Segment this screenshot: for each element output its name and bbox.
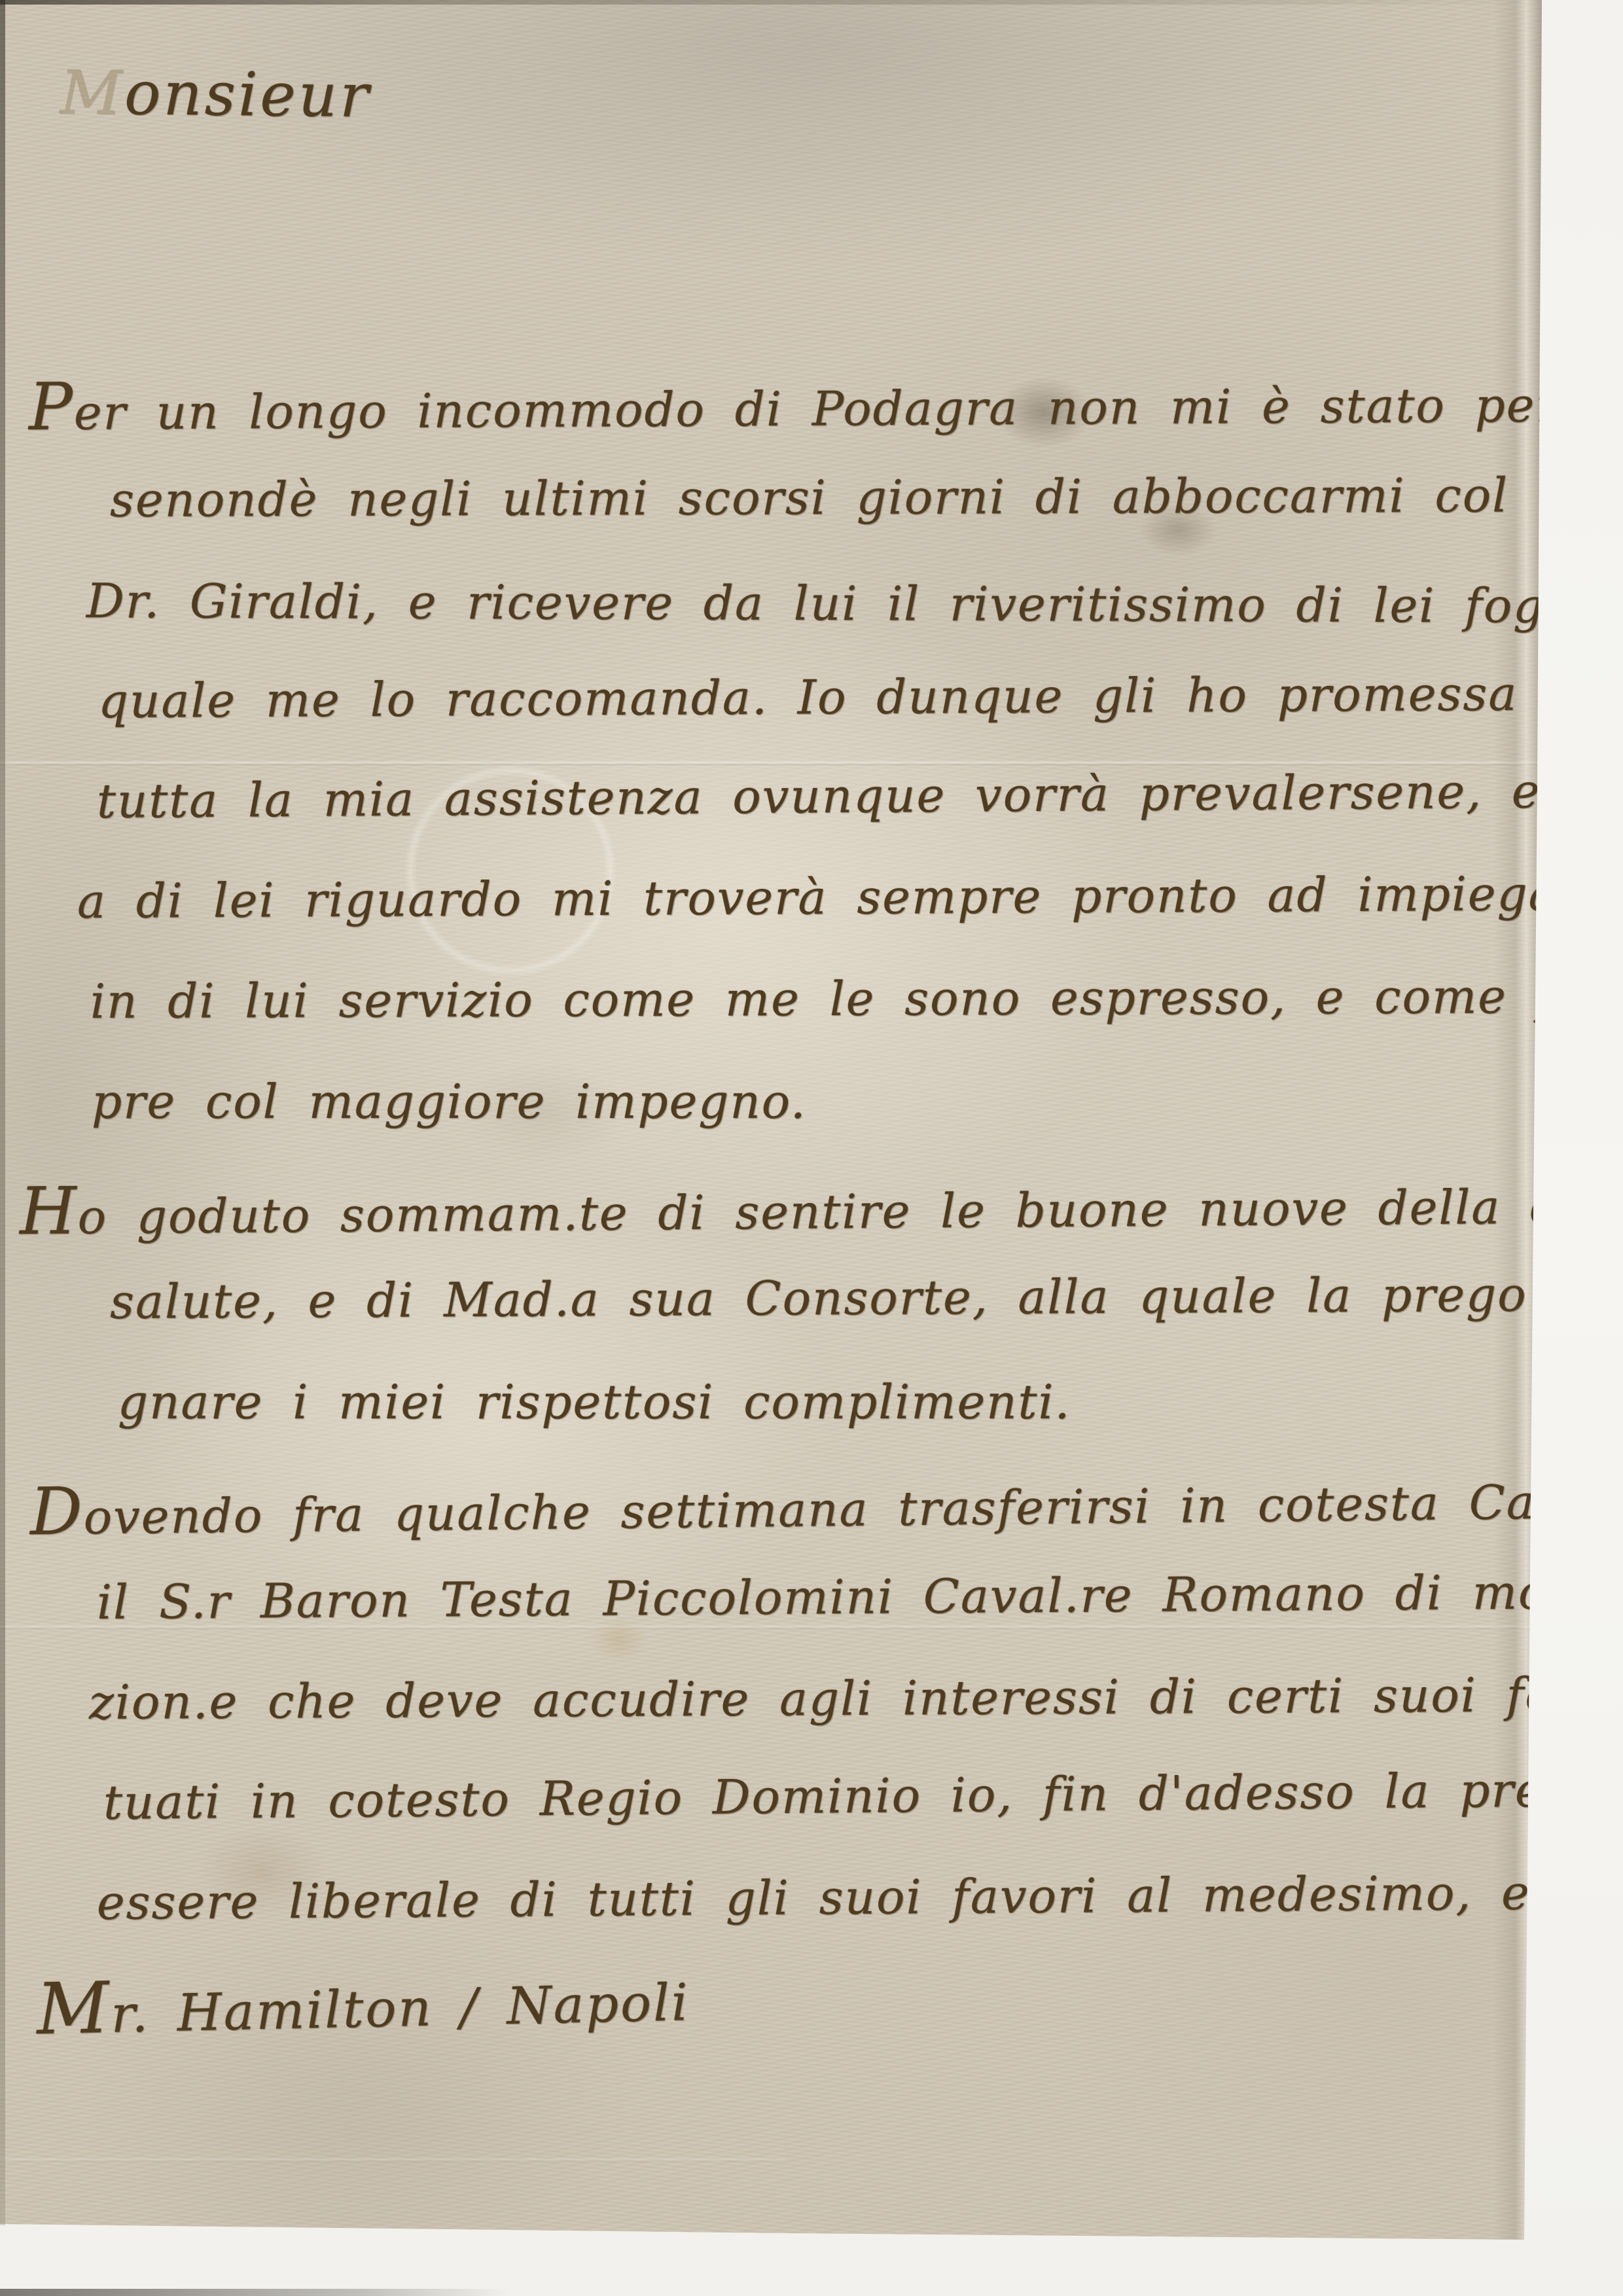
letter-line: senondè negli ultimi scorsi giorni di ab… [110,467,1623,528]
letter-line: essere liberale di tutti gli suoi favori… [97,1864,1623,1930]
letter-line: quale me lo raccomanda. Io dunque gli ho… [98,666,1518,728]
letter-line: pre col maggiore impegno. [92,1074,807,1129]
letter-line: Dovendo fra qualche settimana trasferirs… [29,1458,1623,1550]
scan-edge-bottom [0,2289,510,2296]
scan-background: Monsieur Per un longo incommodo di Podag… [0,0,1623,2296]
address-docket: Mr. Hamilton / Napoli [36,1955,690,2051]
salutation-initial: M [60,58,124,128]
letter-line: il S.r Baron Testa Piccolomini Caval.re … [97,1563,1623,1630]
fold-crease [0,2157,785,2162]
letter-line: tutta la mia assistenza ovunque vorrà pr… [97,764,1541,829]
letter-line: gnare i miei rispettosi complimenti. [118,1374,1071,1429]
letter-line: Ho goduto sommam.te di sentire le buone … [20,1162,1623,1249]
letter-line: zion.e che deve accudire agli interessi … [89,1666,1623,1730]
scan-edge-top [0,0,1544,5]
letter-line: salute, e di Mad.a sua Consorte, alla qu… [110,1266,1623,1329]
letter-line: tuati in cotesto Regio Dominio io, fin d… [103,1761,1623,1830]
letter-line: a di lei riguardo mi troverà sempre pron… [77,865,1623,929]
scan-edge-left [0,0,5,2225]
letter-line: Per un longo incommodo di Podagra non mi… [29,361,1623,445]
salutation-rest: onsieur [124,58,372,131]
letter-line: Dr. Giraldi, e ricevere da lui il riveri… [86,573,1623,634]
letter-line: in di lui servizio come me le sono espre… [90,968,1623,1029]
letter-page: Monsieur Per un longo incommodo di Podag… [0,0,1623,2296]
salutation: Monsieur [60,58,371,131]
